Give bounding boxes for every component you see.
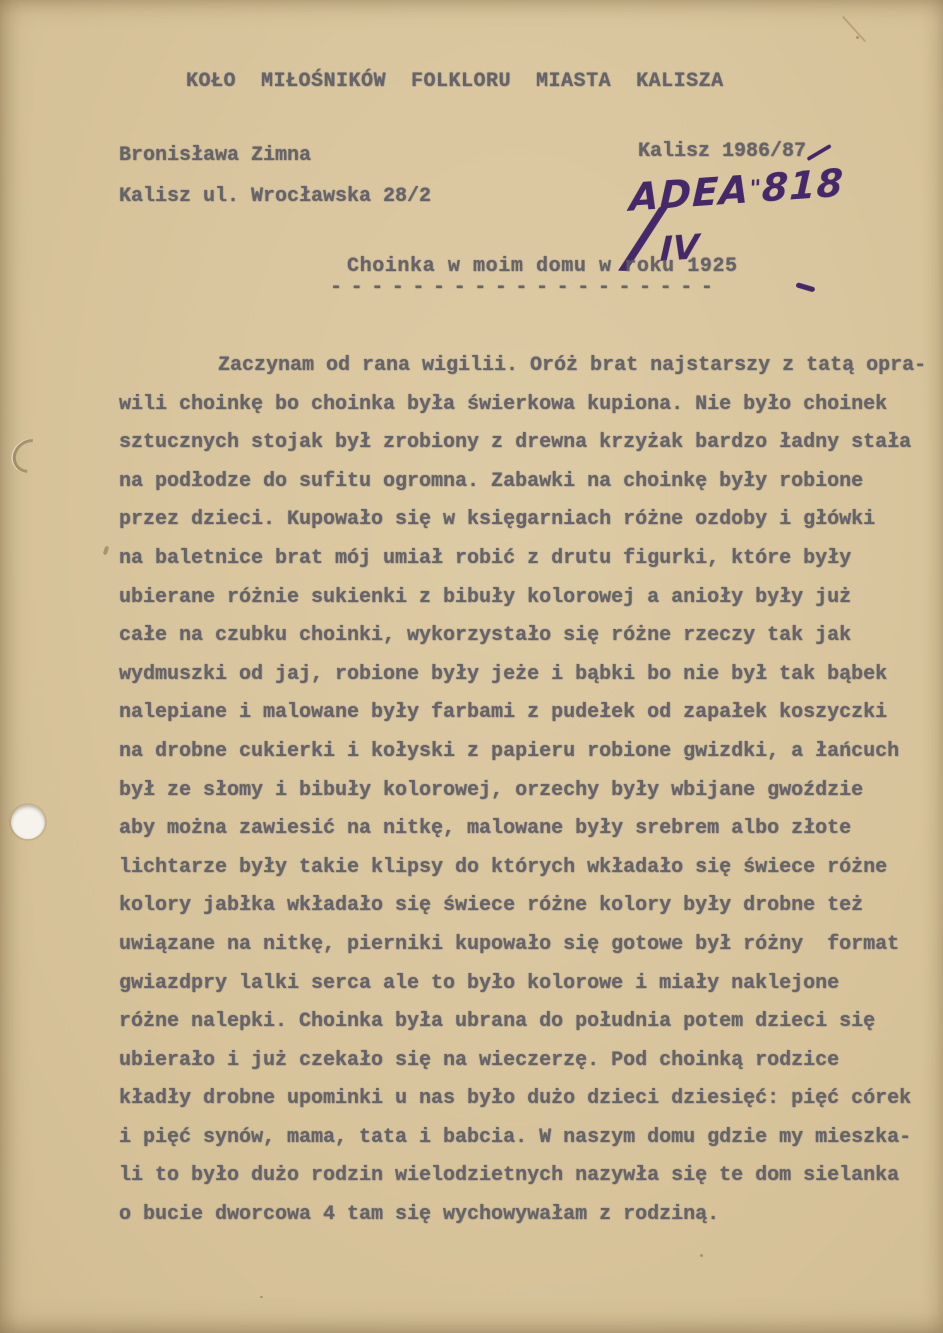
paper-speck (103, 546, 110, 556)
organization-header: KOŁO MIŁOŚNIKÓW FOLKLORU MIASTA KALISZA (186, 70, 724, 93)
body-line: sztucznych stojak był zrobiony z drewna … (119, 424, 919, 463)
body-line: nalepiane i malowane były farbami z pude… (119, 694, 919, 733)
body-line: przez dzieci. Kupowało się w księgarniac… (119, 501, 919, 540)
annotation-slash: / (630, 237, 658, 238)
body-line: na drobne cukierki i kołyski z papieru r… (119, 733, 919, 772)
corner-crease-mark (842, 16, 866, 43)
document-title: Choinka w moim domu w roku 1925 (347, 255, 738, 278)
body-line: ubierane różnie sukienki z bibuły koloro… (119, 579, 919, 618)
body-line: różne nalepki. Choinka była ubrana do po… (119, 1003, 919, 1042)
document-body: Zaczynam od rana wigilii. Oróż brat najs… (119, 347, 919, 1235)
body-line: na podłodze do sufitu ogromna. Zabawki n… (119, 463, 919, 502)
paper-speck (700, 1254, 703, 1257)
author-address: Kalisz ul. Wrocławska 28/2 (119, 185, 431, 208)
body-line: lichtarze były takie klipsy do których w… (119, 849, 919, 888)
body-line: li to było dużo rodzin wielodzietnych na… (119, 1157, 919, 1196)
body-line: całe na czubku choinki, wykorzystało się… (119, 617, 919, 656)
body-line: kolory jabłka wkładało się świece różne … (119, 887, 919, 926)
body-line: kładły drobne upominki u nas było dużo d… (119, 1080, 919, 1119)
body-line: na baletnice brat mój umiał robić z drut… (119, 540, 919, 579)
body-line: uwiązane na nitkę, pierniki kupowało się… (119, 926, 919, 965)
body-line: wydmuszki od jaj, robione były jeże i bą… (119, 656, 919, 695)
body-line: był ze słomy i bibuły kolorowej, orzechy… (119, 772, 919, 811)
annotation-number: 818 (761, 161, 845, 211)
body-line: ubierało i już czekało się na wieczerzę.… (119, 1042, 919, 1081)
punch-hole (11, 805, 45, 839)
body-line: Zaczynam od rana wigilii. Oróż brat najs… (119, 347, 919, 386)
title-dashed-underline: - - - - - - - - - - - - - - - - - - - (330, 276, 712, 299)
body-line: wili choinkę bo choinka była świerkowa k… (119, 386, 919, 425)
annotation-quote-mark: " (749, 176, 762, 202)
body-line: o bucie dworcowa 4 tam się wychowywałam … (119, 1196, 919, 1235)
annotation-tick-mark (807, 144, 832, 161)
paper-speck (856, 36, 859, 39)
paper-tear-mark (6, 432, 54, 480)
place-and-date: Kalisz 1986/87 (638, 140, 806, 163)
scanned-document-page: KOŁO MIŁOŚNIKÓW FOLKLORU MIASTA KALISZA … (0, 0, 943, 1333)
paper-speck (260, 1296, 263, 1298)
body-line: i pięć synów, mama, tata i babcia. W nas… (119, 1119, 919, 1158)
author-name: Bronisława Zimna (119, 144, 311, 167)
body-line: aby można zawiesić na nitkę, malowane by… (119, 810, 919, 849)
annotation-hook-mark (795, 282, 815, 292)
body-line: gwiazdpry lalki serca ale to było koloro… (119, 965, 919, 1004)
